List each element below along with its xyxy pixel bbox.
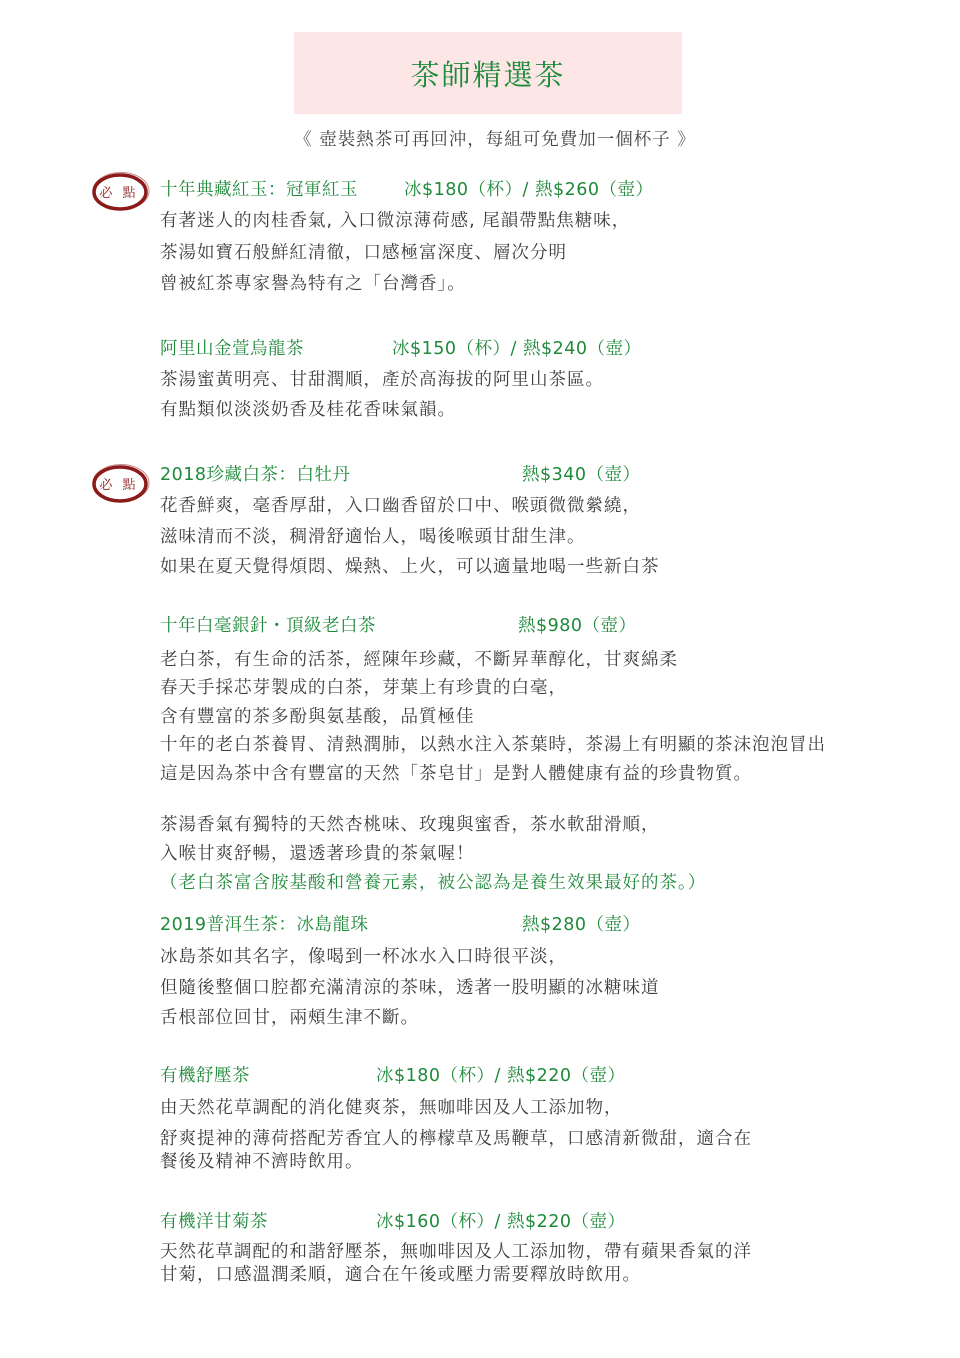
- tea-price: 冰$180（杯）/ 熱$260（壺）: [404, 176, 654, 201]
- tea-health-note: （老白茶富含胺基酸和營養元素，被公認為是養生效果最好的茶。）: [160, 869, 706, 894]
- tea-desc-line: 有著迷人的肉桂香氣, 入口微涼薄荷感, 尾韻帶點焦糖味，: [160, 207, 630, 232]
- tea-desc-line: 十年的老白茶養胃、清熱潤肺，以熱水注入茶葉時，茶湯上有明顯的茶沫泡泡冒出: [160, 731, 826, 756]
- tea-desc-line: 滋味清而不淡，稠滑舒適怡人，喝後喉頭甘甜生津。: [160, 523, 586, 548]
- tea-desc-line: 舌根部位回甘，兩頰生津不斷。: [160, 1004, 419, 1029]
- tea-name: 2018珍藏白茶：白牡丹: [160, 461, 351, 486]
- tea-name: 2019普洱生茶：冰島龍珠: [160, 911, 369, 936]
- tea-name: 阿里山金萱烏龍茶: [160, 335, 304, 360]
- tea-desc-line: 春天手採芯芽製成的白茶，芽葉上有珍貴的白毫，: [160, 674, 567, 699]
- tea-price: 冰$150（杯）/ 熱$240（壺）: [392, 335, 642, 360]
- menu-title-box: 茶師精選茶: [294, 32, 682, 114]
- tea-price: 熱$340（壺）: [522, 461, 641, 486]
- tea-desc-line: 花香鮮爽，毫香厚甜，入口幽香留於口中、喉頭微微縈繞，: [160, 492, 641, 517]
- tea-name: 十年典藏紅玉：冠軍紅玉: [160, 176, 358, 201]
- tea-desc-line: 茶湯香氣有獨特的天然杏桃味、玫瑰與蜜香，茶水軟甜滑順，: [160, 811, 660, 836]
- tea-name: 有機洋甘菊茶: [160, 1208, 268, 1233]
- tea-desc-line: 但隨後整個口腔都充滿清涼的茶味，透著一股明顯的冰糖味道: [160, 974, 660, 999]
- tea-desc-line: 茶湯蜜黃明亮、甘甜潤順，產於高海拔的阿里山茶區。: [160, 366, 604, 391]
- tea-desc-line: 茶湯如寶石般鮮紅清徹，口感極富深度、層次分明: [160, 239, 567, 264]
- menu-title: 茶師精選茶: [410, 53, 565, 94]
- tea-desc-line: 餐後及精神不濟時飲用。: [160, 1148, 364, 1173]
- tea-desc-line: 舒爽提神的薄荷搭配芳香宜人的檸檬草及馬鞭草，口感清新微甜，適合在: [160, 1125, 752, 1150]
- tea-desc-line: 有點類似淡淡奶香及桂花香味氣韻。: [160, 396, 456, 421]
- tea-desc-line: 甘菊，口感溫潤柔順，適合在午後或壓力需要釋放時飲用。: [160, 1261, 641, 1286]
- tea-desc-line: 由天然花草調配的消化健爽茶，無咖啡因及人工添加物，: [160, 1094, 623, 1119]
- tea-price: 熱$280（壺）: [522, 911, 641, 936]
- tea-name: 有機舒壓茶: [160, 1062, 250, 1087]
- tea-desc-line: 如果在夏天覺得煩悶、燥熱、上火，可以適量地喝一些新白茶: [160, 553, 660, 578]
- tea-price: 熱$980（壺）: [518, 612, 637, 637]
- menu-subtitle: 《 壺裝熱茶可再回沖，每組可免費加一個杯子 》: [0, 126, 960, 151]
- tea-desc-line: 這是因為茶中含有豐富的天然「茶皂甘」是對人體健康有益的珍貴物質。: [160, 760, 752, 785]
- stamp-label: 必 點: [90, 182, 148, 201]
- tea-price: 冰$160（杯）/ 熱$220（壺）: [376, 1208, 626, 1233]
- tea-desc-line: 入喉甘爽舒暢，還透著珍貴的茶氣喔！: [160, 840, 475, 865]
- tea-name: 十年白毫銀針・頂級老白茶: [160, 612, 376, 637]
- stamp-label: 必 點: [90, 474, 148, 493]
- must-try-stamp: 必 點: [90, 463, 148, 503]
- tea-desc-line: 冰島茶如其名字，像喝到一杯冰水入口時很平淡，: [160, 943, 567, 968]
- must-try-stamp: 必 點: [90, 171, 148, 211]
- tea-desc-line: 天然花草調配的和諧舒壓茶，無咖啡因及人工添加物，帶有蘋果香氣的洋: [160, 1238, 752, 1263]
- tea-desc-line: 曾被紅茶專家譽為特有之「台灣香」。: [160, 270, 466, 295]
- tea-price: 冰$180（杯）/ 熱$220（壺）: [376, 1062, 626, 1087]
- tea-desc-line: 老白茶，有生命的活茶，經陳年珍藏，不斷昇華醇化，甘爽綿柔: [160, 646, 678, 671]
- tea-desc-line: 含有豐富的茶多酚與氨基酸，品質極佳: [160, 703, 475, 728]
